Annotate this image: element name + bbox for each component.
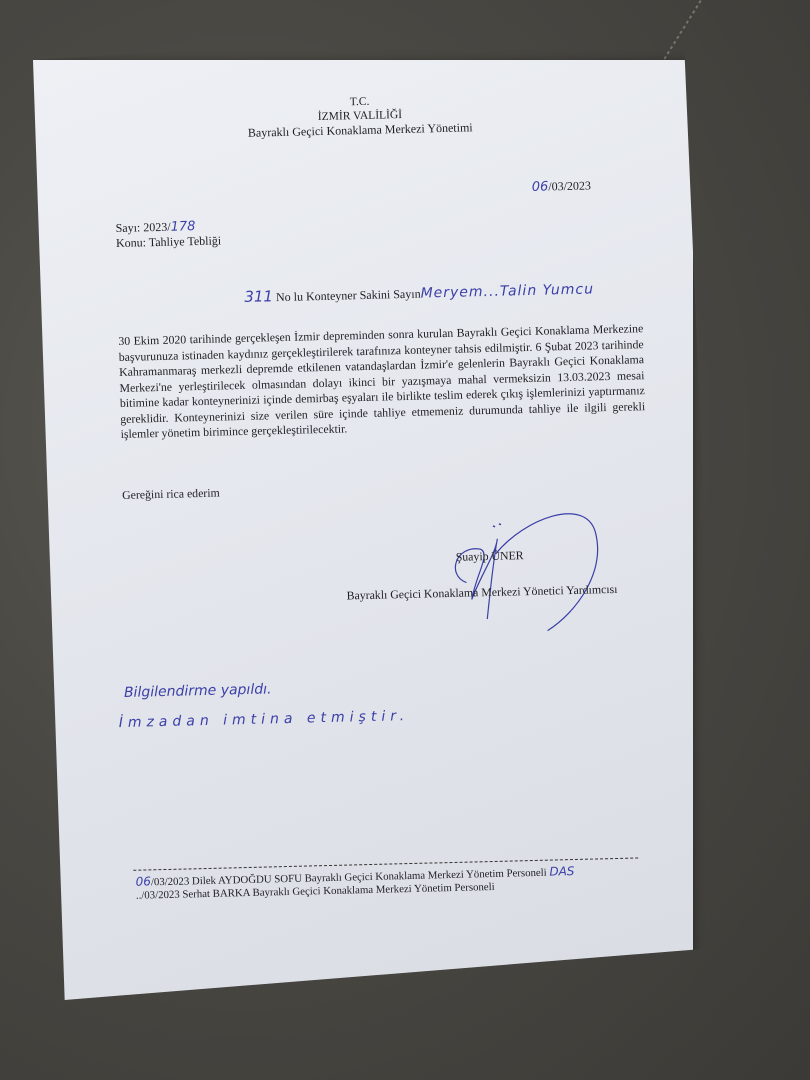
footer-staff: 06/03/2023 Dilek AYDOĞDU SOFU Bayraklı G…	[135, 865, 575, 903]
sayi-label: Sayı:	[115, 220, 140, 235]
date-printed: /03/2023	[548, 178, 591, 193]
konu-label: Konu:	[116, 235, 146, 250]
addressee-line: 311 No lu Konteyner Sakini SayınMeryem..…	[244, 279, 594, 306]
signatory-name: Şuayip ÜNER	[456, 548, 524, 565]
footer-day-handwritten: 06	[135, 874, 151, 888]
konu-value: Tahliye Tebliği	[149, 233, 222, 249]
footer-initials-handwritten: DAS	[549, 864, 574, 879]
note-refused-to-sign: İmzadan imtina etmiştir.	[118, 701, 409, 738]
document-meta: Sayı: 2023/178 Konu: Tahliye Tebliği	[115, 218, 221, 251]
signatory-title: Bayraklı Geçici Konaklama Merkezi Yöneti…	[346, 582, 617, 604]
handwritten-notes: Bilgilendirme yapıldı. İmzadan imtina et…	[124, 671, 410, 738]
addressee-printed: No lu Konteyner Sakini Sayın	[276, 287, 421, 305]
document-date: 06/03/2023	[532, 178, 592, 194]
letterhead: T.C. İZMİR VALİLİĞİ Bayraklı Geçici Kona…	[209, 91, 510, 140]
sayi-prefix: 2023/	[143, 220, 171, 235]
resident-name-handwritten: Meryem...Talin Yumcu	[420, 281, 594, 301]
body-paragraph: 30 Ekim 2020 tarihinde gerçekleşen İzmir…	[118, 321, 645, 442]
date-day-handwritten: 06	[532, 179, 549, 194]
container-number-handwritten: 311	[244, 287, 273, 306]
subject-line: Konu: Tahliye Tebliği	[116, 233, 222, 251]
document: T.C. İZMİR VALİLİĞİ Bayraklı Geçici Kona…	[33, 23, 736, 999]
closing-line: Gereğini rica ederim	[122, 486, 220, 503]
sayi-handwritten: 178	[170, 219, 195, 235]
signature-scribble	[434, 501, 607, 635]
